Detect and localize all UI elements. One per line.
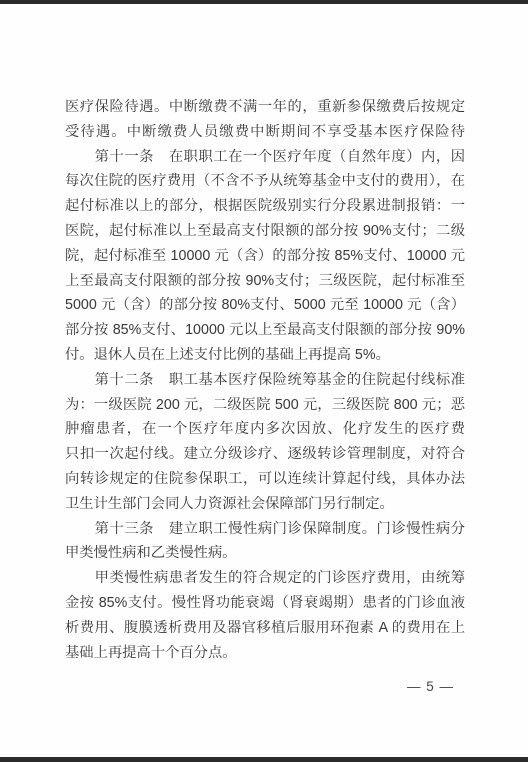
text-line: 金按 85%支付。慢性肾功能衰竭（肾衰竭期）患者的门诊血液透 [65, 591, 465, 616]
text-line: 部分按 85%支付、10000 元以上至最高支付限额的部分按 90%支 [65, 318, 465, 343]
document-text-block: 医疗保险待遇。中断缴费不满一年的，重新参保缴费后按规定享 受待遇。中断缴费人员缴… [65, 95, 465, 665]
scan-edge-bottom [0, 757, 528, 762]
text-line: 只扣一次起付线。建立分级诊疗、逐级转诊管理制度，对符合双 [65, 442, 465, 467]
text-line: 起付标准以上的部分，根据医院级别实行分段累进制报销：一级 [65, 194, 465, 219]
text-line: 第十二条 职工基本医疗保险统筹基金的住院起付线标准 [65, 368, 465, 393]
text-line: 析费用、腹膜透析费用及器官移植后服用环孢素 A 的费用在上述 [65, 616, 465, 641]
text-line: 肿瘤患者，在一个医疗年度内多次因放、化疗发生的医疗费用， [65, 417, 465, 442]
text-line: 付。退休人员在上述支付比例的基础上再提高 5%。 [65, 343, 465, 368]
text-line: 卫生计生部门会同人力资源社会保障部门另行制定。 [65, 492, 465, 517]
text-line: 5000 元（含）的部分按 80%支付、5000 元至 10000 元（含）的 [65, 293, 465, 318]
text-line: 甲类慢性病患者发生的符合规定的门诊医疗费用，由统筹基 [65, 566, 465, 591]
text-line: 医疗保险待遇。中断缴费不满一年的，重新参保缴费后按规定享 [65, 95, 465, 120]
text-line: 第十三条 建立职工慢性病门诊保障制度。门诊慢性病分为 [65, 517, 465, 542]
page-number: — 5 — [407, 679, 454, 695]
text-line: 每次住院的医疗费用（不含不予从统筹基金中支付的费用），在 [65, 169, 465, 194]
text-line: 基础上再提高十个百分点。 [65, 641, 465, 666]
text-line: 院，起付标准至 10000 元（含）的部分按 85%支付、10000 元以 [65, 244, 465, 269]
text-line: 医院，起付标准以上至最高支付限额的部分按 90%支付；二级医 [65, 219, 465, 244]
text-line: 为：一级医院 200 元，二级医院 500 元，三级医院 800 元；恶性 [65, 393, 465, 418]
text-line: 甲类慢性病和乙类慢性病。 [65, 541, 465, 566]
document-page: 医疗保险待遇。中断缴费不满一年的，重新参保缴费后按规定享 受待遇。中断缴费人员缴… [0, 0, 528, 762]
text-line: 向转诊规定的住院参保职工，可以连续计算起付线，具体办法由 [65, 467, 465, 492]
text-line: 受待遇。中断缴费人员缴费中断期间不享受基本医疗保险待遇。 [65, 120, 465, 145]
text-line: 上至最高支付限额的部分按 90%支付；三级医院，起付标准至 [65, 269, 465, 294]
scan-edge-top [0, 0, 528, 4]
text-line: 第十一条 在职职工在一个医疗年度（自然年度）内，因病 [65, 145, 465, 170]
